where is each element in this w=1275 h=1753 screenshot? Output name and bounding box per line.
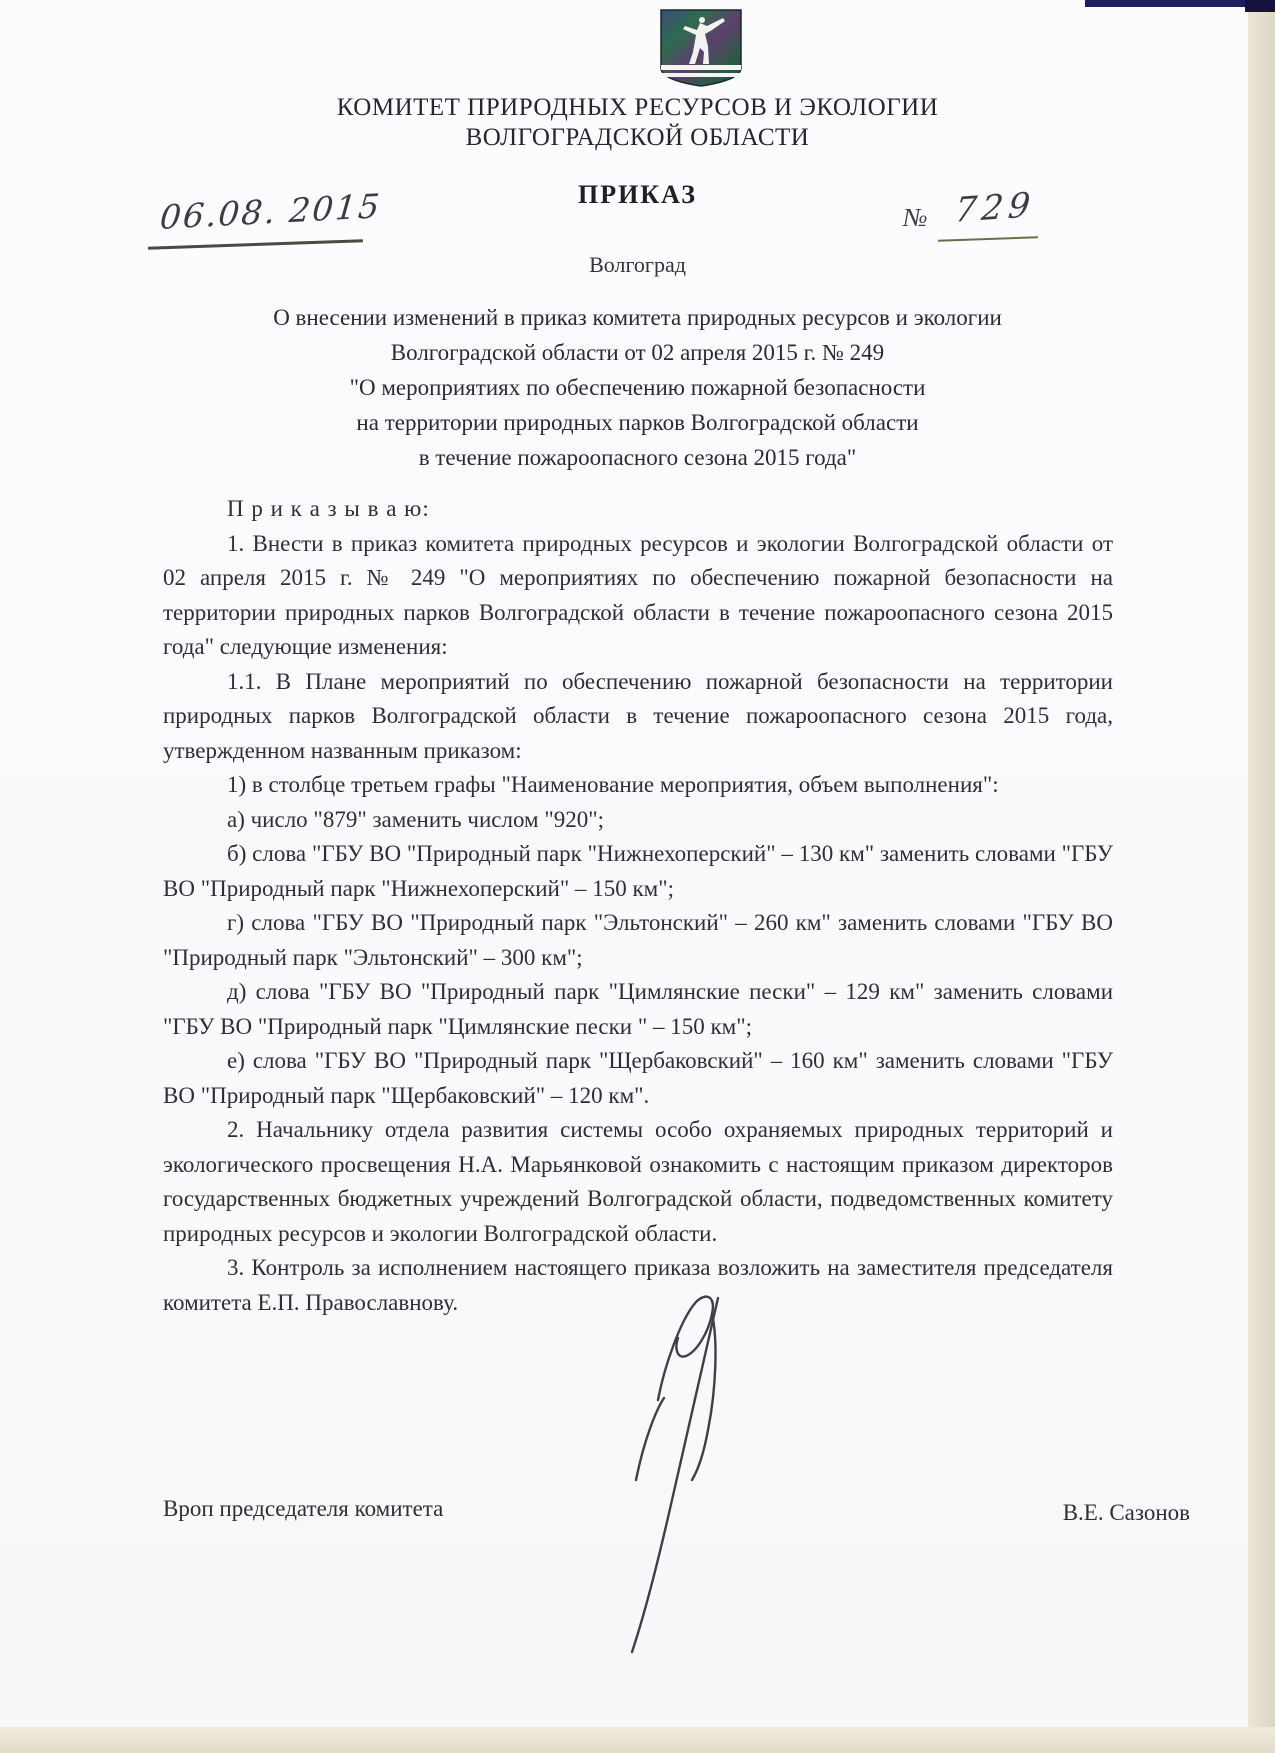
document-page: КОМИТЕТ ПРИРОДНЫХ РЕСУРСОВ И ЭКОЛОГИИ ВО… [0, 0, 1275, 1753]
body-paragraph: д) слова "ГБУ ВО "Природный парк "Цимлян… [163, 975, 1113, 1044]
body-paragraph: 1) в столбце третьем графы "Наименование… [163, 768, 1113, 803]
body-paragraph: б) слова "ГБУ ВО "Природный парк "Нижнех… [163, 837, 1113, 906]
title-line: Волгоградской области от 02 апреля 2015 … [105, 335, 1170, 370]
order-title: О внесении изменений в приказ комитета п… [105, 300, 1170, 475]
org-name-line2: ВОЛГОГРАДСКОЙ ОБЛАСТИ [0, 124, 1275, 152]
number-underline [938, 236, 1038, 241]
title-line: на территории природных парков Волгоград… [105, 405, 1170, 440]
handwritten-signature [540, 1280, 760, 1660]
body-paragraph: П р и к а з ы в а ю: [163, 492, 1113, 527]
order-body: П р и к а з ы в а ю: 1. Внести в приказ … [163, 492, 1113, 1320]
signature-name: В.Е. Сазонов [960, 1500, 1190, 1526]
body-paragraph: 2. Начальнику отдела развития системы ос… [163, 1113, 1113, 1251]
title-line: "О мероприятиях по обеспечению пожарной … [105, 370, 1170, 405]
city-line: Волгоград [0, 252, 1275, 278]
scan-edge-corner [1245, 0, 1275, 12]
title-line: О внесении изменений в приказ комитета п… [105, 300, 1170, 335]
body-paragraph: 1.1. В Плане мероприятий по обеспечению … [163, 665, 1113, 769]
date-underline [148, 239, 363, 250]
body-paragraph: е) слова "ГБУ ВО "Природный парк "Щербак… [163, 1044, 1113, 1113]
signature-role: Вроп председателя комитета [163, 1496, 443, 1522]
coat-of-arms-icon [655, 8, 747, 88]
body-paragraph: а) число "879" заменить числом "920"; [163, 803, 1113, 838]
title-line: в течение пожароопасного сезона 2015 год… [105, 440, 1170, 475]
number-sign: № [903, 203, 928, 233]
scan-edge-bottom [0, 1727, 1275, 1753]
body-paragraph: г) слова "ГБУ ВО "Природный парк "Эльтон… [163, 906, 1113, 975]
org-name-line1: КОМИТЕТ ПРИРОДНЫХ РЕСУРСОВ И ЭКОЛОГИИ [0, 94, 1275, 122]
handwritten-number: 729 [953, 185, 1037, 231]
body-paragraph: 1. Внести в приказ комитета природных ре… [163, 527, 1113, 665]
